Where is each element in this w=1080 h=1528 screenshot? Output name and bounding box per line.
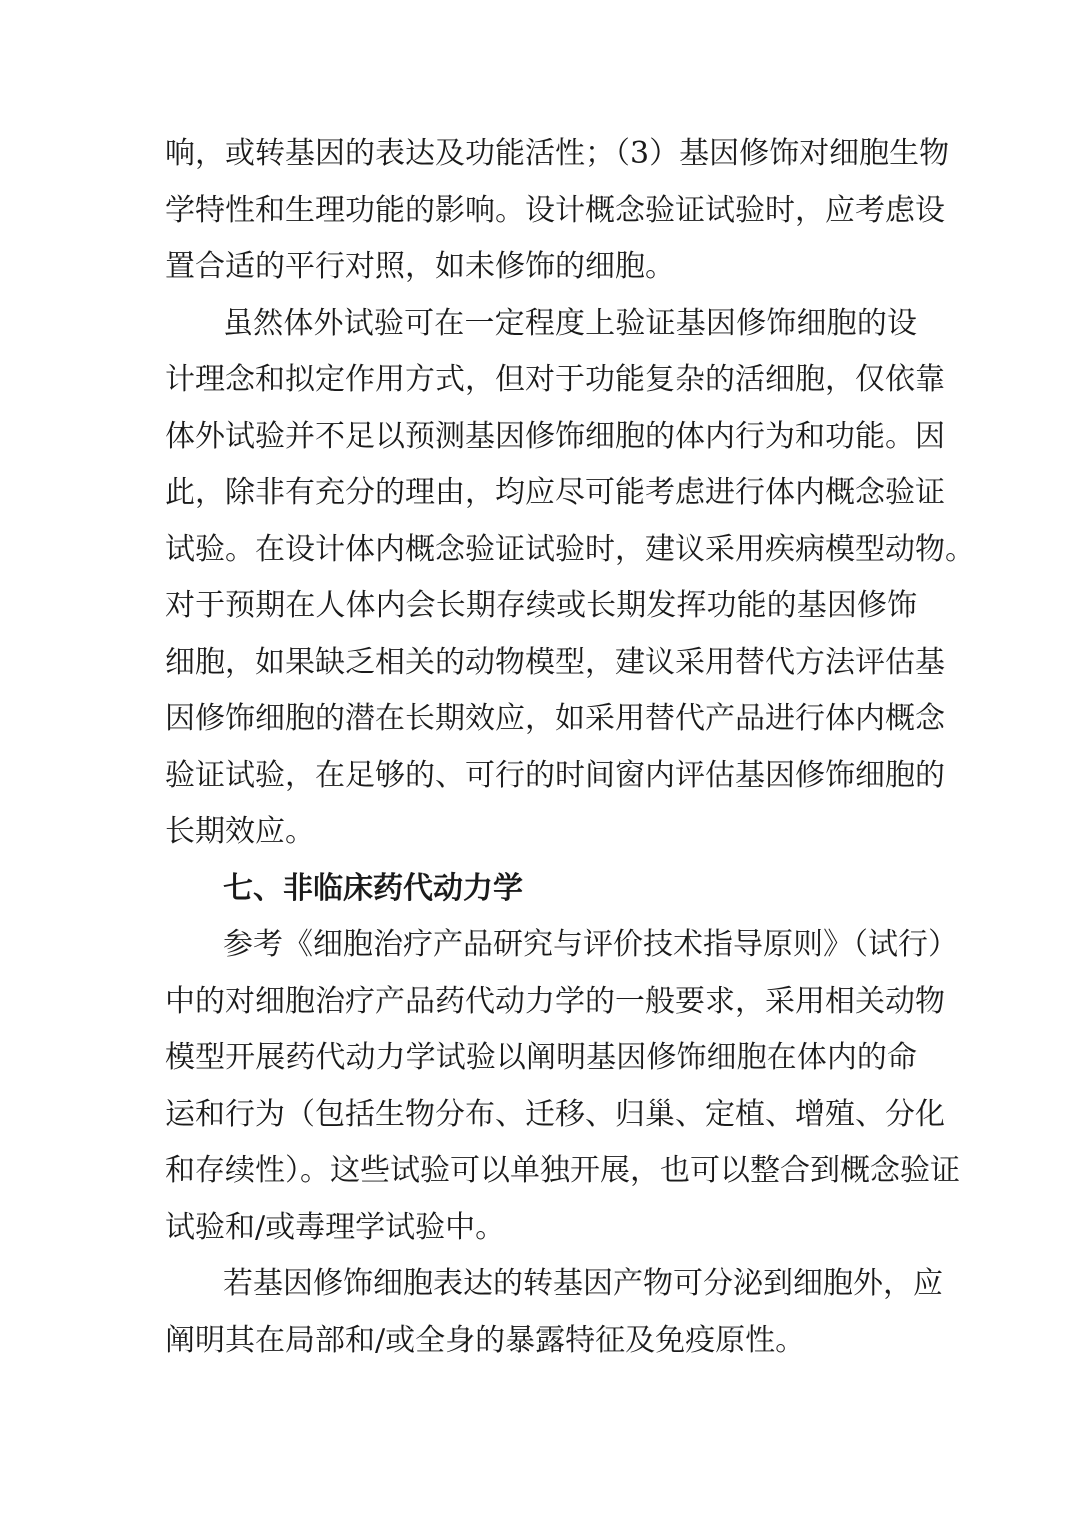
text-line: 中的对细胞治疗产品药代动力学的一般要求，采用相关动物 <box>165 974 917 1031</box>
text-line: 体外试验并不足以预测基因修饰细胞的体内行为和功能。因 <box>165 409 917 466</box>
text-line: 虽然体外试验可在一定程度上验证基因修饰细胞的设 <box>165 296 917 353</box>
text-line: 此，除非有充分的理由，均应尽可能考虑进行体内概念验证 <box>165 465 917 522</box>
text-line: 运和行为（包括生物分布、迁移、归巢、定植、增殖、分化 <box>165 1087 917 1144</box>
text-line: 若基因修饰细胞表达的转基因产物可分泌到细胞外，应 <box>165 1256 917 1313</box>
text-line: 长期效应。 <box>165 804 917 861</box>
text-line: 参考《细胞治疗产品研究与评价技术指导原则》（试行） <box>165 917 917 974</box>
paragraph-3: 参考《细胞治疗产品研究与评价技术指导原则》（试行） 中的对细胞治疗产品药代动力学… <box>165 917 917 1256</box>
text-line: 阐明其在局部和/或全身的暴露特征及免疫原性。 <box>165 1313 917 1370</box>
text-line: 和存续性）。这些试验可以单独开展，也可以整合到概念验证 <box>165 1143 917 1200</box>
text-line: 响，或转基因的表达及功能活性；（3）基因修饰对细胞生物 <box>165 126 917 183</box>
text-line: 试验和/或毒理学试验中。 <box>165 1200 917 1257</box>
section-heading: 七、非临床药代动力学 <box>165 861 917 918</box>
paragraph-2: 虽然体外试验可在一定程度上验证基因修饰细胞的设 计理念和拟定作用方式，但对于功能… <box>165 296 917 861</box>
text-line: 学特性和生理功能的影响。设计概念验证试验时，应考虑设 <box>165 183 917 240</box>
text-line: 置合适的平行对照，如未修饰的细胞。 <box>165 239 917 296</box>
text-line: 因修饰细胞的潜在长期效应，如采用替代产品进行体内概念 <box>165 691 917 748</box>
document-page: 响，或转基因的表达及功能活性；（3）基因修饰对细胞生物 学特性和生理功能的影响。… <box>165 126 917 1369</box>
paragraph-1-continuation: 响，或转基因的表达及功能活性；（3）基因修饰对细胞生物 学特性和生理功能的影响。… <box>165 126 917 296</box>
text-line: 细胞，如果缺乏相关的动物模型，建议采用替代方法评估基 <box>165 635 917 692</box>
text-line: 计理念和拟定作用方式，但对于功能复杂的活细胞，仅依靠 <box>165 352 917 409</box>
paragraph-4: 若基因修饰细胞表达的转基因产物可分泌到细胞外，应 阐明其在局部和/或全身的暴露特… <box>165 1256 917 1369</box>
text-line: 对于预期在人体内会长期存续或长期发挥功能的基因修饰 <box>165 578 917 635</box>
text-line: 试验。在设计体内概念验证试验时，建议采用疾病模型动物。 <box>165 522 917 579</box>
text-line: 模型开展药代动力学试验以阐明基因修饰细胞在体内的命 <box>165 1030 917 1087</box>
text-line: 验证试验，在足够的、可行的时间窗内评估基因修饰细胞的 <box>165 748 917 805</box>
